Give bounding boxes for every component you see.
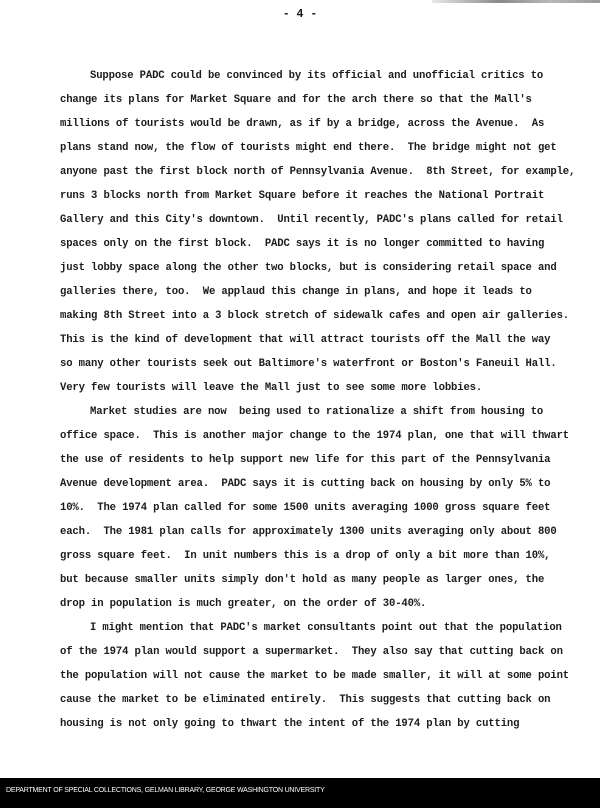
archive-footer: DEPARTMENT OF SPECIAL COLLECTIONS, GELMA… [0,778,600,808]
document-page: - 4 - Suppose PADC could be convinced by… [0,0,600,778]
paragraph: Market studies are now being used to rat… [60,400,600,616]
text-line: so many other tourists seek out Baltimor… [60,352,600,376]
text-line: plans stand now, the flow of tourists mi… [60,136,600,160]
text-line: anyone past the first block north of Pen… [60,160,600,184]
text-line: millions of tourists would be drawn, as … [60,112,600,136]
text-line: each. The 1981 plan calls for approximat… [60,520,600,544]
text-line: I might mention that PADC's market consu… [60,616,600,640]
text-line: of the 1974 plan would support a superma… [60,640,600,664]
text-line: 10%. The 1974 plan called for some 1500 … [60,496,600,520]
text-line: Gallery and this City's downtown. Until … [60,208,600,232]
text-line: making 8th Street into a 3 block stretch… [60,304,600,328]
text-line: gross square feet. In unit numbers this … [60,544,600,568]
text-line: Avenue development area. PADC says it is… [60,472,600,496]
page-number: - 4 - [0,8,600,21]
text-line: This is the kind of development that wil… [60,328,600,352]
paragraph: I might mention that PADC's market consu… [60,616,600,736]
document-body: Suppose PADC could be convinced by its o… [60,64,600,736]
text-line: the use of residents to help support new… [60,448,600,472]
scan-edge-artifact [432,0,600,3]
text-line: runs 3 blocks north from Market Square b… [60,184,600,208]
text-line: Suppose PADC could be convinced by its o… [60,64,600,88]
footer-credit: DEPARTMENT OF SPECIAL COLLECTIONS, GELMA… [6,787,325,794]
paragraph: Suppose PADC could be convinced by its o… [60,64,600,400]
text-line: just lobby space along the other two blo… [60,256,600,280]
text-line: the population will not cause the market… [60,664,600,688]
text-line: cause the market to be eliminated entire… [60,688,600,712]
text-line: office space. This is another major chan… [60,424,600,448]
text-line: Very few tourists will leave the Mall ju… [60,376,600,400]
text-line: but because smaller units simply don't h… [60,568,600,592]
text-line: galleries there, too. We applaud this ch… [60,280,600,304]
text-line: housing is not only going to thwart the … [60,712,600,736]
text-line: drop in population is much greater, on t… [60,592,600,616]
text-line: spaces only on the first block. PADC say… [60,232,600,256]
text-line: change its plans for Market Square and f… [60,88,600,112]
text-line: Market studies are now being used to rat… [60,400,600,424]
